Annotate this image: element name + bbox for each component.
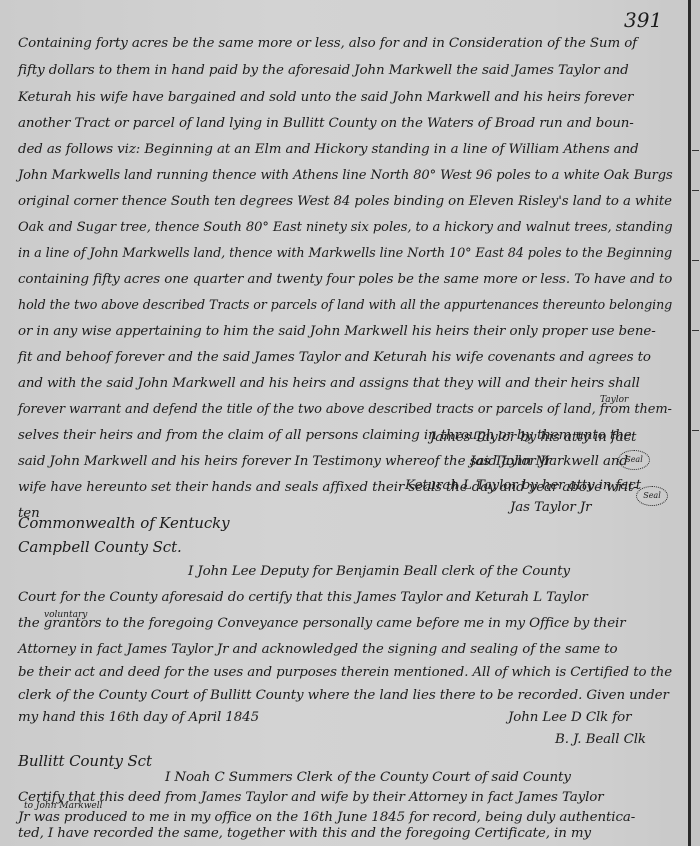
signature-line: James Taylor by his atty in fact [430, 430, 636, 445]
signature-line: Jas Taylor Jr [470, 454, 551, 469]
certificate-line: ted, I have recorded the same, together … [18, 826, 591, 841]
deed-line: in a line of John Markwells land, thence… [18, 246, 672, 261]
certificate-heading: Commonwealth of Kentucky [18, 514, 230, 532]
certificate-line: Attorney in fact James Taylor Jr and ack… [18, 642, 617, 657]
adjacent-page-mark [692, 330, 699, 331]
deed-line: fit and behoof forever and the said Jame… [18, 350, 651, 365]
seal-icon: Seal [636, 486, 668, 506]
deed-line: Oak and Sugar tree, thence South 80° Eas… [18, 220, 672, 235]
certificate-line: I Noah C Summers Clerk of the County Cou… [165, 770, 571, 785]
clerk-signature: B. J. Beall Clk [555, 732, 646, 747]
certificate-line: Court for the County aforesaid do certif… [18, 590, 588, 605]
deed-line: ded as follows viz: Beginning at an Elm … [18, 142, 639, 157]
deed-line: original corner thence South ten degrees… [18, 194, 672, 209]
deed-line: hold the two above described Tracts or p… [18, 298, 672, 313]
adjacent-page-mark [692, 260, 699, 261]
certificate-line: my hand this 16th day of April 1845 [18, 710, 259, 725]
deed-line: Containing forty acres be the same more … [18, 36, 637, 51]
deed-line: John Markwells land running thence with … [18, 168, 673, 183]
certificate-line: Certify that this deed from James Taylor… [18, 790, 604, 805]
certificate-line: I John Lee Deputy for Benjamin Beall cle… [188, 564, 570, 579]
deed-line: another Tract or parcel of land lying in… [18, 116, 634, 131]
deed-line: forever warrant and defend the title of … [18, 402, 672, 417]
certificate-heading: Campbell County Sct. [18, 538, 182, 556]
interlineation: voluntary [44, 610, 87, 620]
deed-line: or in any wise appertaining to him the s… [18, 324, 656, 339]
adjacent-page-mark [692, 150, 699, 151]
deed-line: fifty dollars to them in hand paid by th… [18, 63, 629, 78]
seal-icon: Seal [618, 450, 650, 470]
deed-line: and with the said John Markwell and his … [18, 376, 640, 391]
certificate-line: Jr was produced to me in my office on th… [18, 810, 635, 825]
certificate-line: clerk of the County Court of Bullitt Cou… [18, 688, 669, 703]
clerk-signature: John Lee D Clk for [508, 710, 631, 725]
signature-line: Jas Taylor Jr [510, 500, 591, 515]
adjacent-page-mark [692, 430, 699, 431]
interlineation: Taylor [600, 395, 628, 405]
adjacent-page-edge [691, 0, 700, 846]
certificate-line: the grantors to the foregoing Conveyance… [18, 616, 626, 631]
deed-line: containing fifty acres one quarter and t… [18, 272, 672, 287]
adjacent-page-mark [692, 190, 699, 191]
certificate-line: be their act and deed for the uses and p… [18, 665, 672, 680]
certificate-heading: Bullitt County Sct [18, 752, 152, 770]
deed-line: Keturah his wife have bargained and sold… [18, 90, 633, 105]
page-number: 391 [624, 8, 662, 32]
signature-line: Keturah L Taylor by her atty in fact [405, 478, 641, 493]
